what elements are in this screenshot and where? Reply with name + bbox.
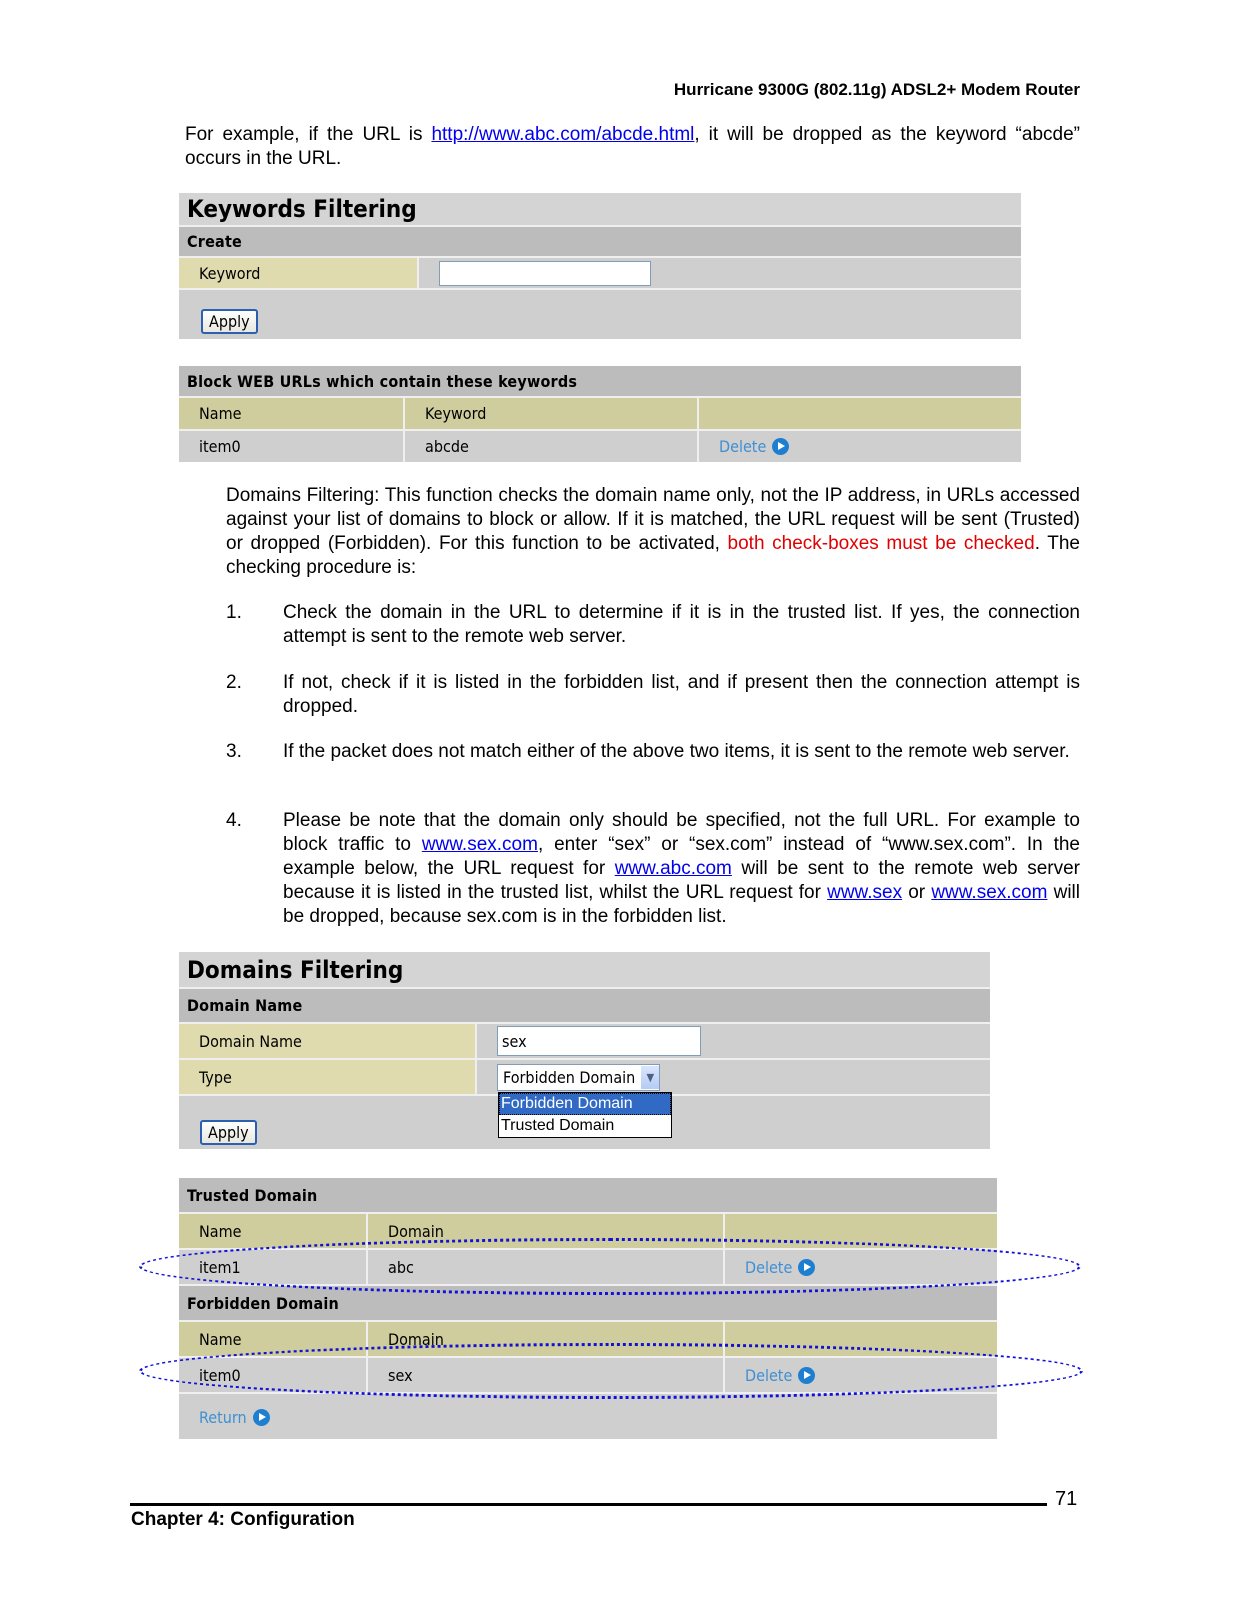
intro-paragraph: For example, if the URL is http://www.ab…: [185, 123, 1080, 171]
chapter-label: Chapter 4: Configuration: [131, 1509, 355, 1531]
intro-text: For example, if the URL is: [185, 124, 431, 145]
keyword-input[interactable]: [439, 261, 651, 286]
type-label: Type: [179, 1060, 477, 1094]
block-urls-table: Block WEB URLs which contain these keywo…: [179, 366, 1021, 460]
table-row: item0 sex Delete: [179, 1358, 997, 1394]
row-name: item1: [179, 1250, 368, 1284]
column-header-domain: Domain: [368, 1322, 725, 1356]
column-header-domain: Domain: [368, 1214, 725, 1248]
step-2: 2. If not, check if it is listed in the …: [226, 671, 1080, 719]
chevron-down-icon: ▼: [641, 1066, 659, 1089]
column-header-action: [725, 1322, 997, 1356]
domains-description: Domains Filtering: This function checks …: [226, 484, 1080, 580]
row-domain: sex: [368, 1358, 725, 1392]
table-row: item0 abcde Delete: [179, 431, 1021, 462]
step-number: 1.: [226, 601, 242, 625]
table-row: item1 abc Delete: [179, 1250, 997, 1286]
domain-apply-button[interactable]: Apply: [200, 1120, 257, 1145]
option-trusted-domain[interactable]: Trusted Domain: [499, 1115, 671, 1137]
step-text: If the packet does not match either of t…: [283, 740, 1080, 764]
step-number: 4.: [226, 809, 242, 833]
return-label: Return: [199, 1408, 247, 1427]
step-text: If not, check if it is listed in the for…: [283, 671, 1080, 719]
column-header-keyword: Keyword: [405, 398, 699, 429]
delete-label: Delete: [745, 1258, 792, 1277]
row-domain: abc: [368, 1250, 725, 1284]
column-header-action: [699, 398, 1021, 429]
step-4: 4. Please be note that the domain only s…: [226, 809, 1080, 929]
example-url-link[interactable]: http://www.abc.com/abcde.html: [431, 124, 694, 145]
document-header: Hurricane 9300G (802.11g) ADSL2+ Modem R…: [674, 80, 1080, 100]
return-link[interactable]: Return: [199, 1408, 997, 1427]
arrow-right-circle-icon: [253, 1409, 270, 1426]
footer-rule: [130, 1503, 1047, 1506]
row-name: item0: [179, 431, 405, 462]
arrow-right-circle-icon: [798, 1367, 815, 1384]
sex-com-link[interactable]: www.sex.com: [422, 834, 538, 855]
highlight-text: both check-boxes must be checked: [728, 533, 1035, 554]
section-header-domain-name: Domain Name: [179, 989, 990, 1024]
www-sex-link[interactable]: www.sex: [827, 882, 902, 903]
delete-forbidden-link[interactable]: Delete: [745, 1366, 815, 1385]
row-name: item0: [179, 1358, 368, 1392]
panel-title: Domains Filtering: [179, 952, 990, 989]
domain-name-input[interactable]: sex: [497, 1026, 701, 1056]
section-header-forbidden-domain: Forbidden Domain: [179, 1286, 997, 1322]
delete-label: Delete: [719, 437, 766, 456]
sex-com-link-2[interactable]: www.sex.com: [931, 882, 1047, 903]
step-3: 3. If the packet does not match either o…: [226, 740, 1080, 764]
keywords-filtering-panel: Keywords Filtering Create Keyword Apply: [179, 193, 1021, 339]
step-text: Check the domain in the URL to determine…: [283, 601, 1080, 649]
arrow-right-circle-icon: [798, 1259, 815, 1276]
abc-com-link[interactable]: www.abc.com: [615, 858, 732, 879]
arrow-right-circle-icon: [772, 438, 789, 455]
text: or: [902, 882, 931, 903]
type-selected-value: Forbidden Domain: [503, 1068, 635, 1087]
type-select[interactable]: Forbidden Domain▼: [497, 1064, 660, 1091]
option-forbidden-domain[interactable]: Forbidden Domain: [499, 1093, 671, 1115]
row-keyword: abcde: [405, 431, 699, 462]
delete-label: Delete: [745, 1366, 792, 1385]
panel-title: Keywords Filtering: [179, 193, 1021, 227]
domain-lists-panel: Trusted Domain Name Domain item1 abc Del…: [179, 1178, 997, 1439]
keyword-label: Keyword: [179, 258, 419, 288]
type-dropdown-list: Forbidden Domain Trusted Domain: [498, 1092, 672, 1138]
keyword-apply-button[interactable]: Apply: [201, 309, 258, 334]
section-header-create: Create: [179, 227, 1021, 258]
delete-trusted-link[interactable]: Delete: [745, 1258, 815, 1277]
section-header-trusted-domain: Trusted Domain: [179, 1178, 997, 1214]
step-number: 2.: [226, 671, 242, 695]
delete-keyword-link[interactable]: Delete: [719, 437, 789, 456]
column-header-action: [725, 1214, 997, 1248]
column-header-name: Name: [179, 1322, 368, 1356]
page-number: 71: [1055, 1488, 1077, 1511]
column-header-name: Name: [179, 398, 405, 429]
section-header-block-urls: Block WEB URLs which contain these keywo…: [179, 366, 1021, 398]
step-text: Please be note that the domain only shou…: [283, 809, 1080, 929]
domain-name-label: Domain Name: [179, 1024, 477, 1058]
step-number: 3.: [226, 740, 242, 764]
column-header-name: Name: [179, 1214, 368, 1248]
step-1: 1. Check the domain in the URL to determ…: [226, 601, 1080, 649]
